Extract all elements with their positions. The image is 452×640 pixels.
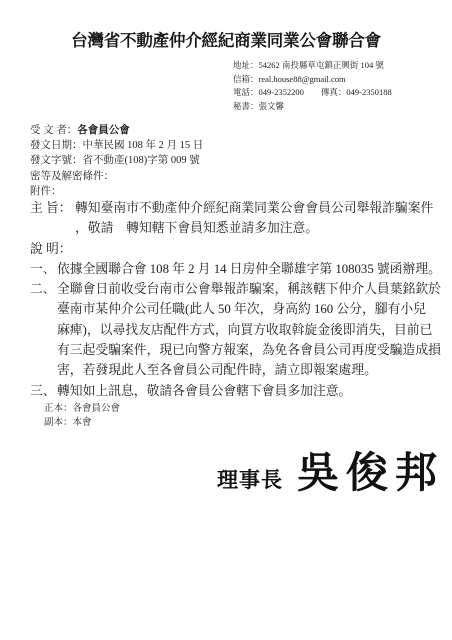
contact-phone-fax-line: 電話：049-2352200傳真：049-2350188 <box>233 86 392 100</box>
original-label: 正本： <box>44 404 73 414</box>
fax-value: 049-2350188 <box>346 87 391 97</box>
association-title: 台灣省不動產仲介經紀商業同業公會聯合會 <box>0 27 452 51</box>
explanation-item-1: 一、 依據全國聯合會 108 年 2 月 14 日房仲全聯雄字第 108035 … <box>30 259 444 279</box>
secretary-value: 張文馨 <box>259 101 285 111</box>
subject-section: 主 旨： 轉知臺南市不動產仲介經紀商業同業公會會員公司舉報詐騙案件 ，敬請 轉知… <box>30 198 444 239</box>
subject-label: 主 旨： <box>30 198 75 218</box>
letter-body: 主 旨： 轉知臺南市不動產仲介經紀商業同業公會會員公司舉報詐騙案件 ，敬請 轉知… <box>30 198 444 401</box>
address-label: 地址： <box>233 60 259 70</box>
item-line: 臺南市某仲介公司任職(此人 50 年次，身高約 160 公分，腳有小兒 <box>57 299 444 319</box>
explanation-item-3: 三、 轉知如上訊息，敬請各會員公會轄下會員多加注意。 <box>30 381 444 401</box>
contact-email-line: 信箱：real.house88@gmail.com <box>233 73 392 87</box>
signature-block: 理事長 吳俊邦 <box>217 440 437 500</box>
email-value: real.house88@gmail.com <box>259 74 346 84</box>
fax-label: 傳真： <box>321 87 347 97</box>
subject-text: 轉知臺南市不動產仲介經紀商業同業公會會員公司舉報詐騙案件 ，敬請 轉知轄下會員知… <box>75 198 444 239</box>
item-text: 依據全國聯合會 108 年 2 月 14 日房仲全聯雄字第 108035 號函辦… <box>57 259 444 279</box>
issue-date-line: 發文日期：中華民國 108 年 2 月 15 日 <box>30 138 203 153</box>
original-value: 各會員公會 <box>73 404 121 414</box>
chairman-name: 吳俊邦 <box>297 440 444 500</box>
contact-block: 地址：54262 南投縣草屯鎮正興街 104 號 信箱：real.house88… <box>233 59 392 113</box>
contact-address-line: 地址：54262 南投縣草屯鎮正興街 104 號 <box>233 59 392 73</box>
secretary-label: 秘書： <box>233 101 259 111</box>
official-letter-page: 台灣省不動產仲介經紀商業同業公會聯合會 地址：54262 南投縣草屯鎮正興街 1… <box>0 0 452 640</box>
item-number: 二、 <box>30 279 57 299</box>
chairman-title: 理事長 <box>217 464 283 494</box>
item-line: 有三起受騙案件，現已向警方報案，為免各會員公司再度受騙造成損 <box>57 340 444 360</box>
doc-number-value: 省不動產(108)字第 009 號 <box>83 155 200 166</box>
phone-label: 電話： <box>233 87 259 97</box>
copy-value: 本會 <box>73 418 92 428</box>
copy-label: 副本： <box>44 418 73 428</box>
item-number: 三、 <box>30 381 57 401</box>
item-line: 依據全國聯合會 108 年 2 月 14 日房仲全聯雄字第 108035 號函辦… <box>57 259 444 279</box>
letter-meta-block: 受 文 者：各會員公會 發文日期：中華民國 108 年 2 月 15 日 發文字… <box>30 123 203 199</box>
subject-line: 轉知臺南市不動產仲介經紀商業同業公會會員公司舉報詐騙案件 <box>75 198 444 218</box>
explanation-label: 說 明： <box>30 239 444 259</box>
item-number: 一、 <box>30 259 57 279</box>
duplicate-copy-line: 副本：本會 <box>44 417 120 431</box>
item-line: 麻痺)，以尋找友店配件方式，向買方收取斡旋金後即消失，目前已 <box>57 320 444 340</box>
contact-secretary-line: 秘書：張文馨 <box>233 100 392 114</box>
recipient-value: 各會員公會 <box>77 125 130 136</box>
item-text: 全聯會日前收受台南市公會舉報詐騙案，稱該轄下仲介人員葉銘欽於 臺南市某仲介公司任… <box>57 279 444 380</box>
distribution-block: 正本：各會員公會 副本：本會 <box>44 403 120 430</box>
address-value: 54262 南投縣草屯鎮正興街 104 號 <box>259 60 384 70</box>
subject-line: ，敬請 轉知轄下會員知悉並請多加注意。 <box>75 218 444 238</box>
issue-date-value: 中華民國 108 年 2 月 15 日 <box>83 140 204 151</box>
email-label: 信箱： <box>233 74 259 84</box>
phone-value: 049-2352200 <box>259 87 304 97</box>
item-text: 轉知如上訊息，敬請各會員公會轄下會員多加注意。 <box>57 381 444 401</box>
security-line: 密等及解密條件： <box>30 169 203 184</box>
recipient-label: 受 文 者： <box>30 125 77 136</box>
original-copy-line: 正本：各會員公會 <box>44 403 120 417</box>
doc-number-label: 發文字號： <box>30 155 83 166</box>
explanation-item-2: 二、 全聯會日前收受台南市公會舉報詐騙案，稱該轄下仲介人員葉銘欽於 臺南市某仲介… <box>30 279 444 380</box>
recipient-line: 受 文 者：各會員公會 <box>30 123 203 138</box>
item-line: 全聯會日前收受台南市公會舉報詐騙案，稱該轄下仲介人員葉銘欽於 <box>57 279 444 299</box>
issue-date-label: 發文日期： <box>30 140 83 151</box>
doc-number-line: 發文字號：省不動產(108)字第 009 號 <box>30 153 203 168</box>
item-line: 害，若發現此人至各會員公司配件時，請立即報案處理。 <box>57 360 444 380</box>
item-line: 轉知如上訊息，敬請各會員公會轄下會員多加注意。 <box>57 381 444 401</box>
attachment-line: 附件： <box>30 184 203 199</box>
